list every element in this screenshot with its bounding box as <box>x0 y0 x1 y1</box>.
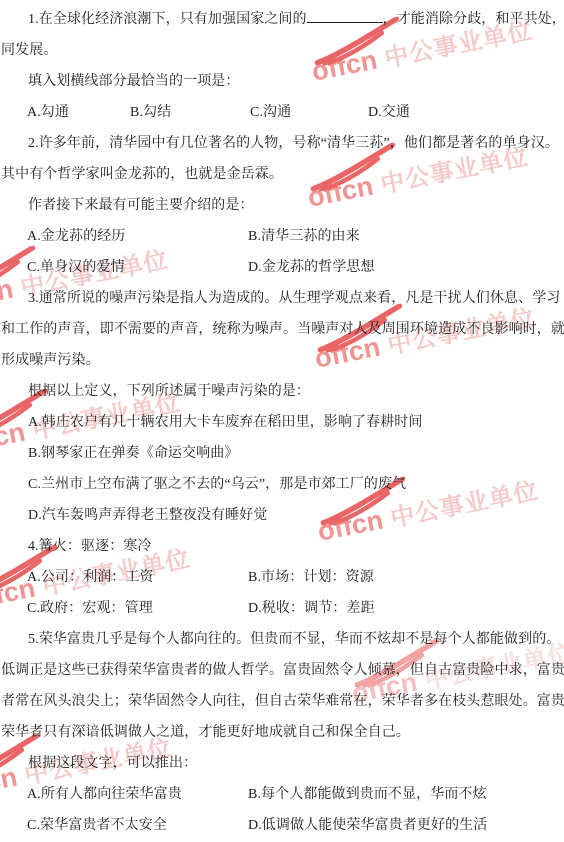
q5-option-c: C.荣华富贵者不太安全 <box>27 810 167 841</box>
q3-stem-line-3: 形成噪声污染。 <box>0 345 564 376</box>
q5-prompt: 根据这段文字，可以推出： <box>0 748 564 779</box>
q2-stem-line-1: 2.许多年前，清华园中有几位著名的人物，号称“清华三荪”，他们都是著名的单身汉。 <box>0 128 564 159</box>
q1-options-row: A.勾通 B.勾结 C.沟通 D.交通 <box>0 97 564 128</box>
q2-options-row-1: A.金龙荪的经历 B.清华三荪的由来 <box>0 221 564 252</box>
q5-stem-line-2: 低调正是这些已获得荣华富贵者的做人哲学。富贵固然令人倾慕，但自古富贵险中求，富贵 <box>0 655 564 686</box>
q5-stem-line-1: 5.荣华富贵几乎是每个人都向往的。但贵而不显，华而不炫却不是每个人都能做到的。 <box>0 624 564 655</box>
q2-option-b: B.清华三荪的由来 <box>248 221 360 252</box>
q1-option-d: D.交通 <box>368 97 410 128</box>
q5-options-row-1: A.所有人都向往荣华富贵 B.每个人都能做到贵而不显，华而不炫 <box>0 779 564 810</box>
q4-options-row-1: A.公司：利润：工资 B.市场：计划：资源 <box>0 562 564 593</box>
q5-stem-line-3: 者常在风头浪尖上；荣华固然令人向往，但自古荣华难常在，荣华者多在枝头惹眼处。富贵 <box>0 686 564 717</box>
q1-stem-post: ，才能消除分歧，和平共处，共 <box>383 12 564 27</box>
q1-prompt: 填入划横线部分最恰当的一项是： <box>0 66 564 97</box>
q1-stem-line-2: 同发展。 <box>0 35 564 66</box>
q4-option-d: D.税收：调节：差距 <box>248 593 375 624</box>
q1-option-c: C.沟通 <box>250 97 291 128</box>
q2-option-c: C.单身汉的爱情 <box>27 252 125 283</box>
fill-in-blank <box>307 9 383 23</box>
q3-prompt: 根据以上定义，下列所述属于噪声污染的是： <box>0 376 564 407</box>
q4-option-a: A.公司：利润：工资 <box>27 562 154 593</box>
q5-option-d: D.低调做人能使荣华富贵者更好的生活 <box>248 810 487 841</box>
q2-prompt: 作者接下来最有可能主要介绍的是： <box>0 190 564 221</box>
q4-option-b: B.市场：计划：资源 <box>248 562 374 593</box>
q2-option-a: A.金龙荪的经历 <box>27 221 125 252</box>
q1-option-b: B.勾结 <box>130 97 171 128</box>
exam-page: offcn中公事业单位 offcn中公事业单位 offcn中公事业单位 offc… <box>0 0 564 842</box>
q4-option-c: C.政府：宏观：管理 <box>27 593 153 624</box>
q2-options-row-2: C.单身汉的爱情 D.金龙荪的哲学思想 <box>0 252 564 283</box>
q2-stem-line-2: 其中有个哲学家叫金龙荪的，也就是金岳霖。 <box>0 159 564 190</box>
q4-options-row-2: C.政府：宏观：管理 D.税收：调节：差距 <box>0 593 564 624</box>
q4-stem: 4.篝火：驱逐：寒冷 <box>0 531 564 562</box>
q1-option-a: A.勾通 <box>27 97 69 128</box>
q1-stem-line-1: 1.在全球化经济浪潮下，只有加强国家之间的，才能消除分歧，和平共处，共 <box>0 4 564 35</box>
q3-option-a: A.韩庄农户有几十辆农用大卡车废弃在稻田里，影响了春耕时间 <box>0 407 564 438</box>
q3-option-c: C.兰州市上空布满了驱之不去的“乌云”，那是市郊工厂的废气 <box>0 469 564 500</box>
q5-options-row-2: C.荣华富贵者不太安全 D.低调做人能使荣华富贵者更好的生活 <box>0 810 564 841</box>
q5-option-a: A.所有人都向往荣华富贵 <box>27 779 182 810</box>
q5-option-b: B.每个人都能做到贵而不显，华而不炫 <box>248 779 487 810</box>
q3-stem-line-1: 3.通常所说的噪声污染是指人为造成的。从生理学观点来看，凡是干扰人们休息、学习 <box>0 283 564 314</box>
exam-text: 1.在全球化经济浪潮下，只有加强国家之间的，才能消除分歧，和平共处，共 同发展。… <box>0 0 564 841</box>
q5-stem-line-4: 荣华者只有深谙低调做人之道，才能更好地成就自己和保全自己。 <box>0 717 564 748</box>
q2-option-d: D.金龙荪的哲学思想 <box>248 252 375 283</box>
q3-stem-line-2: 和工作的声音，即不需要的声音，统称为噪声。当噪声对人及周围环境造成不良影响时，就 <box>0 314 564 345</box>
q3-option-b: B.钢琴家正在弹奏《命运交响曲》 <box>0 438 564 469</box>
q1-stem-pre: 1.在全球化经济浪潮下，只有加强国家之间的 <box>28 12 307 27</box>
q3-option-d: D.汽车轰鸣声弄得老王整夜没有睡好觉 <box>0 500 564 531</box>
